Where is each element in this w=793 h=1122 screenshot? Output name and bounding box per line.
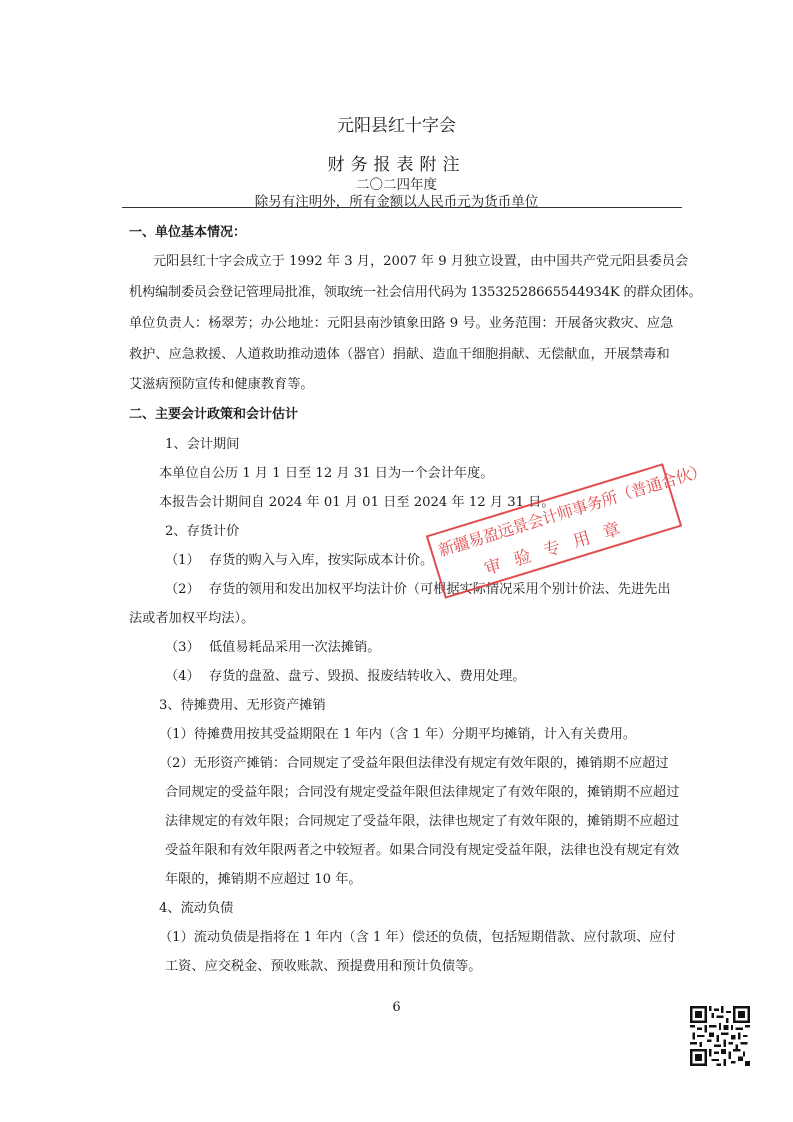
- inventory-item: （3）低值易耗品采用一次法摊销。: [165, 636, 380, 655]
- section-1-line: 机构编制委员会登记管理局批准，领取统一社会信用代码为 1353252866554…: [129, 281, 701, 300]
- inventory-item: （2）存货的领用和发出加权平均法计价（可根据实际情况采用个别计价法、先进先出: [165, 578, 671, 597]
- subsection-3-line: （2）无形资产摊销：合同规定了受益年限但法律没有规定有效年限的，摊销期不应超过: [159, 752, 669, 771]
- subsection-1-line: 本报告会计期间自 2024 年 01 月 01 日至 2024 年 12 月 3…: [159, 491, 555, 510]
- inventory-item-continued: 法或者加权平均法）。: [129, 607, 254, 626]
- item-text: 存货的盘盈、盘亏、毁损、报废结转收入、费用处理。: [209, 669, 526, 684]
- item-number: （1）: [165, 549, 209, 568]
- page-number: 6: [0, 1000, 793, 1015]
- subsection-1-title: 1、会计期间: [165, 433, 239, 452]
- section-2-heading: 二、主要会计政策和会计估计: [129, 403, 298, 422]
- subsection-3-title: 3、待摊费用、无形资产摊销: [159, 694, 326, 713]
- subsection-4-line: 工资、应交税金、预收账款、预提费用和预计负债等。: [165, 955, 482, 974]
- item-number: （4）: [165, 665, 209, 684]
- header-divider: [122, 207, 682, 208]
- subsection-3-line: 年限的，摊销期不应超过 10 年。: [165, 868, 362, 887]
- subsection-3-line: 合同规定的受益年限；合同没有规定受益年限但法律规定了有效年限的，摊销期不应超过: [165, 781, 679, 800]
- item-text: 低值易耗品采用一次法摊销。: [209, 640, 380, 655]
- subsection-2-title: 2、存货计价: [165, 520, 239, 539]
- item-text: 存货的购入与入库，按实际成本计价。: [209, 553, 433, 568]
- subsection-3-line: 受益年限和有效年限两者之中较短者。如果合同没有规定受益年限，法律也没有规定有效: [165, 839, 679, 858]
- inventory-item: （4）存货的盘盈、盘亏、毁损、报废结转收入、费用处理。: [165, 665, 526, 684]
- section-1-line: 元阳县红十字会成立于 1992 年 3 月，2007 年 9 月独立设置，由中国…: [153, 250, 688, 269]
- section-1-heading: 一、单位基本情况：: [129, 221, 246, 240]
- subsection-3-line: （1）待摊费用按其受益期限在 1 年内（含 1 年）分期平均摊销，计入有关费用。: [159, 723, 636, 742]
- subsection-1-line: 本单位自公历 1 月 1 日至 12 月 31 日为一个会计年度。: [159, 462, 493, 481]
- document-title: 财务报表附注: [0, 150, 793, 175]
- section-1-line: 单位负责人：杨翠芳；办公地址：元阳县南沙镇象田路 9 号。业务范围：开展备灾救灾…: [129, 312, 673, 331]
- item-number: （2）: [165, 578, 209, 597]
- section-1-line: 艾滋病预防宣传和健康教育等。: [129, 373, 314, 392]
- section-1-line: 救护、应急救援、人道救助推动遗体（器官）捐献、造血干细胞捐献、无偿献血，开展禁毒…: [129, 343, 670, 362]
- subsection-3-line: 法律规定的有效年限；合同规定了受益年限，法律也规定了有效年限的，摊销期不应超过: [165, 810, 679, 829]
- organization-title: 元阳县红十字会: [0, 111, 793, 136]
- qr-code-icon: [690, 1006, 750, 1066]
- subsection-4-line: （1）流动负债是指将在 1 年内（含 1 年）偿还的负债，包括短期借款、应付款项…: [159, 926, 676, 945]
- subsection-4-title: 4、流动负债: [159, 897, 233, 916]
- item-number: （3）: [165, 636, 209, 655]
- inventory-item: （1）存货的购入与入库，按实际成本计价。: [165, 549, 433, 568]
